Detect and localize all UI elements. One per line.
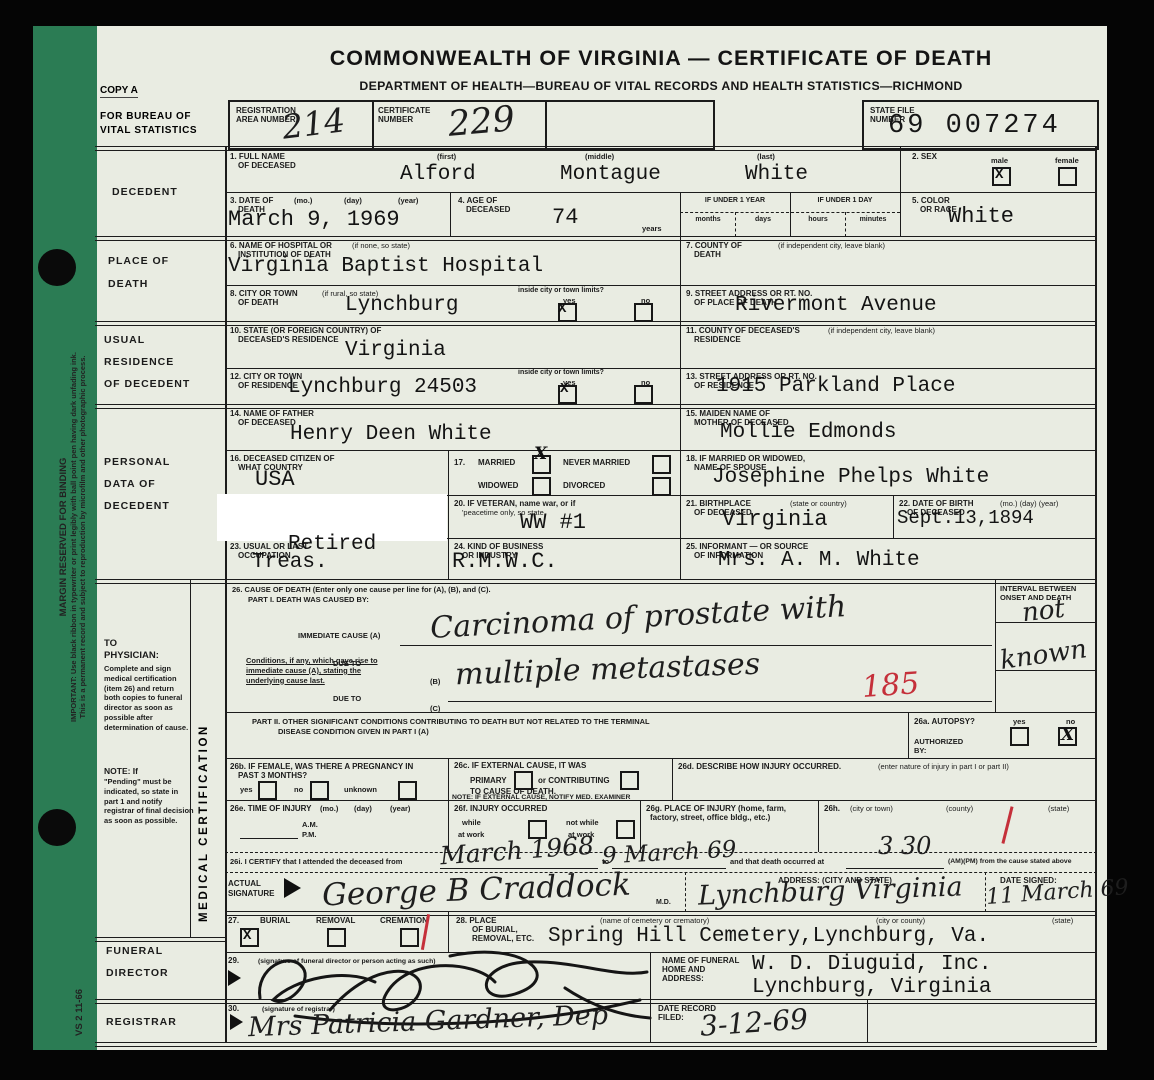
field7-label: 7. COUNTY OF [686,241,742,250]
certificate-number-value: 229 [446,99,516,145]
punch-hole-bottom [38,809,76,846]
interval-value-line1: not [1021,594,1067,628]
copy-label: COPY A [100,85,138,98]
field26g-label: 26g. PLACE OF INJURY (home, farm, [646,804,786,813]
mother-name-value: Mollie Edmonds [720,421,896,444]
decedent-last-name: White [745,163,808,186]
section-personal-data: PERSONAL [104,456,170,468]
hospital-value: Virginia Baptist Hospital [228,255,543,278]
field8-label: 8. CITY OR TOWN [230,289,298,298]
date-of-death-value: March 9, 1969 [228,207,400,232]
field17-label: 17. [454,458,465,467]
pregnancy-no-checkbox [310,781,329,800]
field11-label: 11. COUNTY OF DECEASED'S [686,326,800,335]
funeral-home-city-value: Lynchburg, Virginia [752,976,991,999]
margin-important-line: IMPORTANT: Use black ribbon in typewrite… [69,322,78,752]
field26b-label: 26b. IF FEMALE, WAS THERE A PREGNANCY IN [230,762,413,771]
punch-hole-top [38,249,76,286]
field26e-label: 26e. TIME OF INJURY [230,804,312,813]
registrar-arrow-icon [230,1014,243,1030]
field26f-label: 26f. INJURY OCCURRED [454,804,547,813]
cause-code-value: 185 [861,666,921,705]
field30-label: 30. [228,1004,239,1013]
residence-state-value: Virginia [345,339,446,362]
pending-note-title: NOTE: If [104,766,138,777]
field26d-label: 26d. DESCRIBE HOW INJURY OCCURRED. [678,762,841,771]
spouse-name-value: Josephine Phelps White [712,466,989,489]
field26-label: 26. CAUSE OF DEATH (Enter only one cause… [232,586,491,595]
signature-arrow-icon [284,878,301,898]
field26i-label: 26i. I CERTIFY that I attended the decea… [230,858,402,867]
field26h-label: 26h. [824,804,840,813]
father-name-value: Henry Deen White [290,423,492,446]
field18-label: 18. IF MARRIED OR WIDOWED, [686,454,805,463]
death-street-value: Rivermont Avenue [735,294,937,317]
actual-signature-label: ACTUAL [228,879,261,888]
binding-margin-text: MARGIN RESERVED FOR BINDING IMPORTANT: U… [58,322,87,752]
state-file-value: 69 007274 [888,111,1061,141]
never-married-checkbox [652,455,671,474]
birthplace-value: Virginia [722,507,828,532]
date-of-birth-value: Sept.13,1894 [897,507,1034,529]
field26c-label: 26c. IF EXTERNAL CAUSE, IT WAS [454,761,586,770]
section-funeral-director: FUNERAL [106,945,163,957]
field16-label: 16. DECEASED CITIZEN OF [230,454,334,463]
pregnancy-unknown-checkbox [398,781,417,800]
field15-label: 15. MAIDEN NAME OF [686,409,770,418]
section-medical-certification: MEDICAL CERTIFICATION [198,724,210,922]
certificate-subtitle: DEPARTMENT OF HEALTH—BUREAU OF VITAL REC… [230,79,1092,93]
part2-text: PART II. OTHER SIGNIFICANT CONDITIONS CO… [252,718,650,727]
field6-label: 6. NAME OF HOSPITAL OR [230,241,332,250]
field26a-label: 26a. AUTOPSY? [914,717,975,726]
funeral-home-label: NAME OF FUNERAL [662,956,739,965]
business-value: R.M.W.C. [452,549,558,574]
death-certificate-scan: MARGIN RESERVED FOR BINDING IMPORTANT: U… [0,0,1154,1080]
conditions-note: Conditions, if any, which gave rise to i… [246,656,396,685]
margin-binding-line: MARGIN RESERVED FOR BINDING [58,322,69,752]
injury-not-work-checkbox [616,820,635,839]
sex-male-mark: X [995,167,1003,183]
rule [95,146,1097,151]
veteran-value: WW #1 [520,510,586,535]
married-mark: X [534,444,547,464]
pregnancy-yes-checkbox [258,781,277,800]
decedent-first-name: Alford [400,163,476,186]
residence-inside-limits-no-checkbox [634,385,653,404]
decedent-middle-name: Montague [560,163,661,186]
pending-note-body: "Pending" must be indicated, so state in… [104,777,194,826]
field3-label: 3. DATE OF [230,196,273,205]
informant-value: Mrs. A. M. White [718,549,920,572]
bureau-label: FOR BUREAU OF VITAL STATISTICS [100,110,197,137]
certificate-title: COMMONWEALTH OF VIRGINIA — CERTIFICATE O… [230,46,1092,71]
field27-label: 27. [228,916,239,925]
header-empty-box [545,100,715,150]
residence-street-value: 1915 Parkland Place [716,375,955,398]
form-code: VS 2 11-66 [74,989,85,1036]
margin-permanent-line: This is a permanent record and subject t… [78,322,87,752]
field20-label: 20. IF VETERAN, name war, or if [454,499,575,508]
citizen-value: USA [255,467,295,492]
field1-label: 1. FULL NAME [230,152,285,161]
autopsy-yes-checkbox [1010,727,1029,746]
external-contributing-checkbox [620,771,639,790]
widowed-checkbox [532,477,551,496]
race-value: White [948,204,1014,229]
residence-city-value: Lynchburg 24503 [288,376,477,399]
age-value: 74 [552,205,578,230]
autopsy-no-mark: X [1061,725,1074,745]
registration-area-value: 214 [280,100,347,146]
section-decedent: DECEDENT [112,186,178,198]
field14-label: 14. NAME OF FATHER [230,409,314,418]
city-of-death-value: Lynchburg [345,294,458,317]
section-usual-residence: USUAL [104,334,145,346]
certificate-number-label: CERTIFICATE [378,106,430,115]
field2-label: 2. SEX [912,152,937,161]
field10-label: 10. STATE (OR FOREIGN COUNTRY) OF [230,326,381,335]
funeral-home-name-value: W. D. Diuguid, Inc. [752,953,991,976]
field28-label: 28. PLACE [456,916,496,925]
sex-female-checkbox [1058,167,1077,186]
under-1-year-label: IF UNDER 1 YEAR [682,197,788,205]
field5-label: 5. COLOR [912,196,950,205]
field4-label: 4. AGE OF [458,196,497,205]
section-registrar: REGISTRAR [106,1016,177,1028]
under-1-day-label: IF UNDER 1 DAY [792,197,898,205]
to-physician-body: Complete and sign medical certification … [104,664,190,732]
to-physician-title: TO PHYSICIAN: [104,638,168,663]
section-place-of-death: PLACE OF [108,255,169,267]
death-inside-limits-no-checkbox [634,303,653,322]
occupation-value-line2: Treas. [252,551,328,574]
divorced-checkbox [652,477,671,496]
death-time-value: 3 30 [878,832,931,860]
